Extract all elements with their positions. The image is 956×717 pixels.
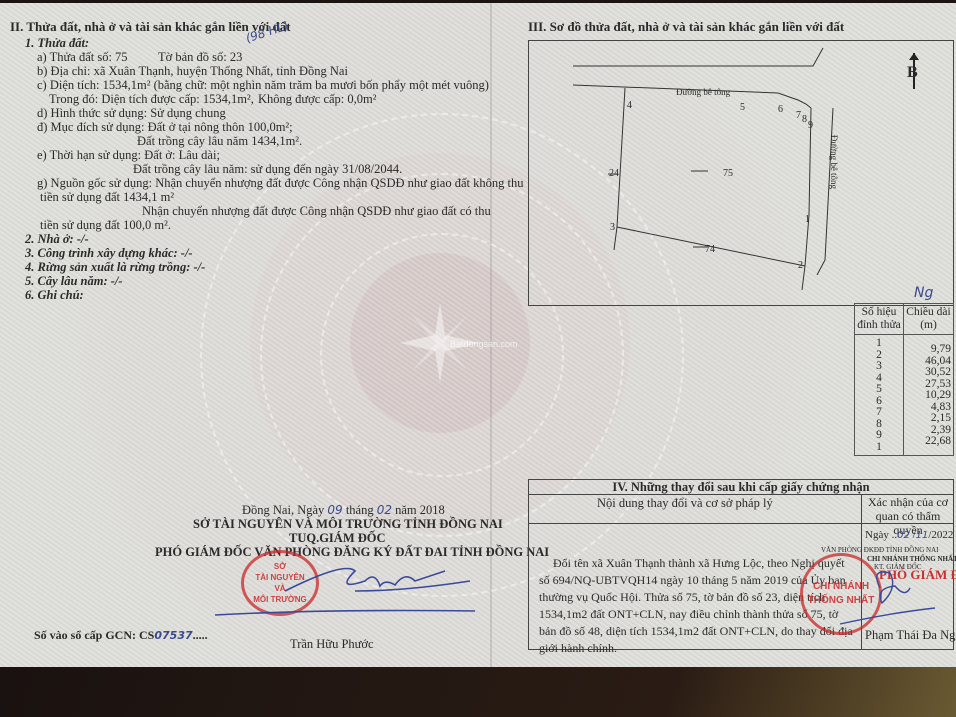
vertex-cell: 1 (855, 338, 903, 350)
north-label: B (907, 65, 918, 81)
confirm-date-prefix: Ngày .. (865, 529, 897, 541)
signer-name: Trần Hữu Phước (290, 637, 374, 651)
item-forest: 4. Rừng sản xuất là rừng trồng: -/- (25, 260, 205, 274)
table-surface (0, 667, 956, 717)
map-sheet-number: Tờ bản đồ số: 23 (158, 50, 242, 64)
issue-year: năm 2018 (395, 503, 445, 517)
neighbor-parcel-bottom: 74 (705, 243, 715, 257)
item1-heading: 1. Thửa đất: (25, 36, 89, 50)
vertex-label: 5 (740, 101, 745, 115)
vertex-cell: 5 (855, 384, 903, 396)
length-cell: 30,52 (904, 367, 951, 379)
usage-purpose: đ) Mục đích sử dụng: Đất ở tại nông thôn… (37, 120, 293, 134)
usage-term-2: Đất trồng cây lâu năm: sử dụng đến ngày … (133, 162, 402, 176)
confirm-month: 11 (916, 530, 929, 541)
header-length: Chiều dài (m) (904, 304, 954, 335)
issue-date: Đồng Nai, Ngày 09 tháng 02 năm 2018 (242, 503, 445, 517)
usage-term: e) Thời hạn sử dụng: Đất ở: Lâu dài; (37, 148, 220, 162)
vertex-label: 3 (610, 221, 615, 235)
vertex-label: 6 (778, 103, 783, 117)
certificate-page: Batdongsan.com II. Thửa đất, nhà ở và tà… (0, 3, 956, 667)
date-prefix: Đồng Nai, Ngày (242, 503, 324, 517)
section3-title: III. Sơ đồ thửa đất, nhà ở và tài sản kh… (528, 20, 844, 34)
branch-signature (820, 558, 940, 638)
month-label: tháng (346, 503, 374, 517)
north-arrow-icon: B (906, 53, 922, 89)
confirm-year: /2022 (928, 529, 953, 541)
item-other-construction: 3. Công trình xây dựng khác: -/- (25, 246, 193, 260)
usage-origin-4: tiền sử dụng đất 100,0 m². (40, 218, 171, 232)
header-vertex: Số hiệu đỉnh thửa (855, 304, 904, 335)
length-cell: 10,29 (904, 390, 951, 402)
length-cell: 22,68 (904, 436, 951, 448)
road-label-right: Đường bê tông (827, 135, 841, 189)
issue-month: 02 (377, 503, 392, 517)
table-body: 1234567891 9,7946,0430,5227,5310,294,832… (855, 335, 954, 456)
section4-title: IV. Những thay đổi sau khi cấp giấy chứn… (529, 480, 953, 495)
vertex-cell: 7 (855, 407, 903, 419)
neighbor-parcel-left: 24 (609, 167, 619, 181)
road-label-top: Đường bê tông (676, 85, 730, 99)
signature-scribble (205, 551, 480, 621)
table-initial: Ng (914, 285, 933, 301)
confirm-day: 02 (897, 530, 910, 541)
register-value: 07537 (154, 629, 192, 642)
dimension-table: Số hiệu đỉnh thửa Chiều dài (m) 12345678… (854, 303, 954, 456)
usage-purpose-2: Đất trồng cây lâu năm 1434,1m². (137, 134, 302, 148)
length-cell: 9,79 (904, 344, 951, 356)
vertex-cell: 3 (855, 361, 903, 373)
area-not-granted: Không được cấp: 0,0m² (258, 92, 377, 106)
vertex-label: 1 (805, 213, 810, 227)
tuq-title: TUQ.GIÁM ĐỐC (289, 531, 386, 545)
parcel-number-label: 75 (723, 167, 733, 181)
register-number: Số vào sổ cấp GCN: CS07537..... (34, 628, 208, 643)
parcel-diagram (528, 40, 952, 304)
address: b) Địa chỉ: xã Xuân Thạnh, huyện Thống N… (37, 64, 348, 78)
length-column: 9,7946,0430,5227,5310,294,832,152,3922,6… (904, 335, 954, 456)
vertex-label: 8 (802, 113, 807, 127)
usage-origin: g) Nguồn gốc sử dụng: Nhận chuyển nhượng… (37, 176, 523, 190)
vertex-column: 1234567891 (855, 335, 904, 456)
item-perennial-trees: 5. Cây lâu năm: -/- (25, 274, 123, 288)
issuing-org: SỞ TÀI NGUYÊN VÀ MÔI TRƯỜNG TỈNH ĐỒNG NA… (193, 517, 503, 531)
item-house: 2. Nhà ở: -/- (25, 232, 89, 246)
parcel-number: a) Thửa đất số: 75 (37, 50, 128, 64)
confirm-date: Ngày ..02 /11/2022 (865, 528, 953, 543)
item-notes: 6. Ghi chú: (25, 288, 84, 302)
area-granted: Trong đó: Diện tích được cấp: 1534,1m², (49, 92, 254, 106)
area: c) Diện tích: 1534,1m² (bằng chữ: một ng… (37, 78, 489, 92)
register-label: Số vào sổ cấp GCN: CS (34, 628, 154, 642)
vertex-cell: 9 (855, 430, 903, 442)
length-cell: 2,15 (904, 413, 951, 425)
vertex-cell: 1 (855, 442, 903, 454)
usage-origin-3: Nhận chuyển nhượng đất được Công nhận QS… (142, 204, 491, 218)
issue-day: 09 (327, 503, 342, 517)
vertex-label: 4 (627, 99, 632, 113)
col-header-content: Nội dung thay đổi và cơ sở pháp lý (597, 496, 773, 510)
usage-origin-2: tiền sử dụng đất 1434,1 m² (40, 190, 174, 204)
vertex-label: 7 (796, 109, 801, 123)
vertex-label: 2 (798, 259, 803, 273)
vertex-label: 9 (808, 119, 813, 133)
watermark: Batdongsan.com (450, 337, 518, 351)
usage-form: d) Hình thức sử dụng: Sử dụng chung (37, 106, 226, 120)
